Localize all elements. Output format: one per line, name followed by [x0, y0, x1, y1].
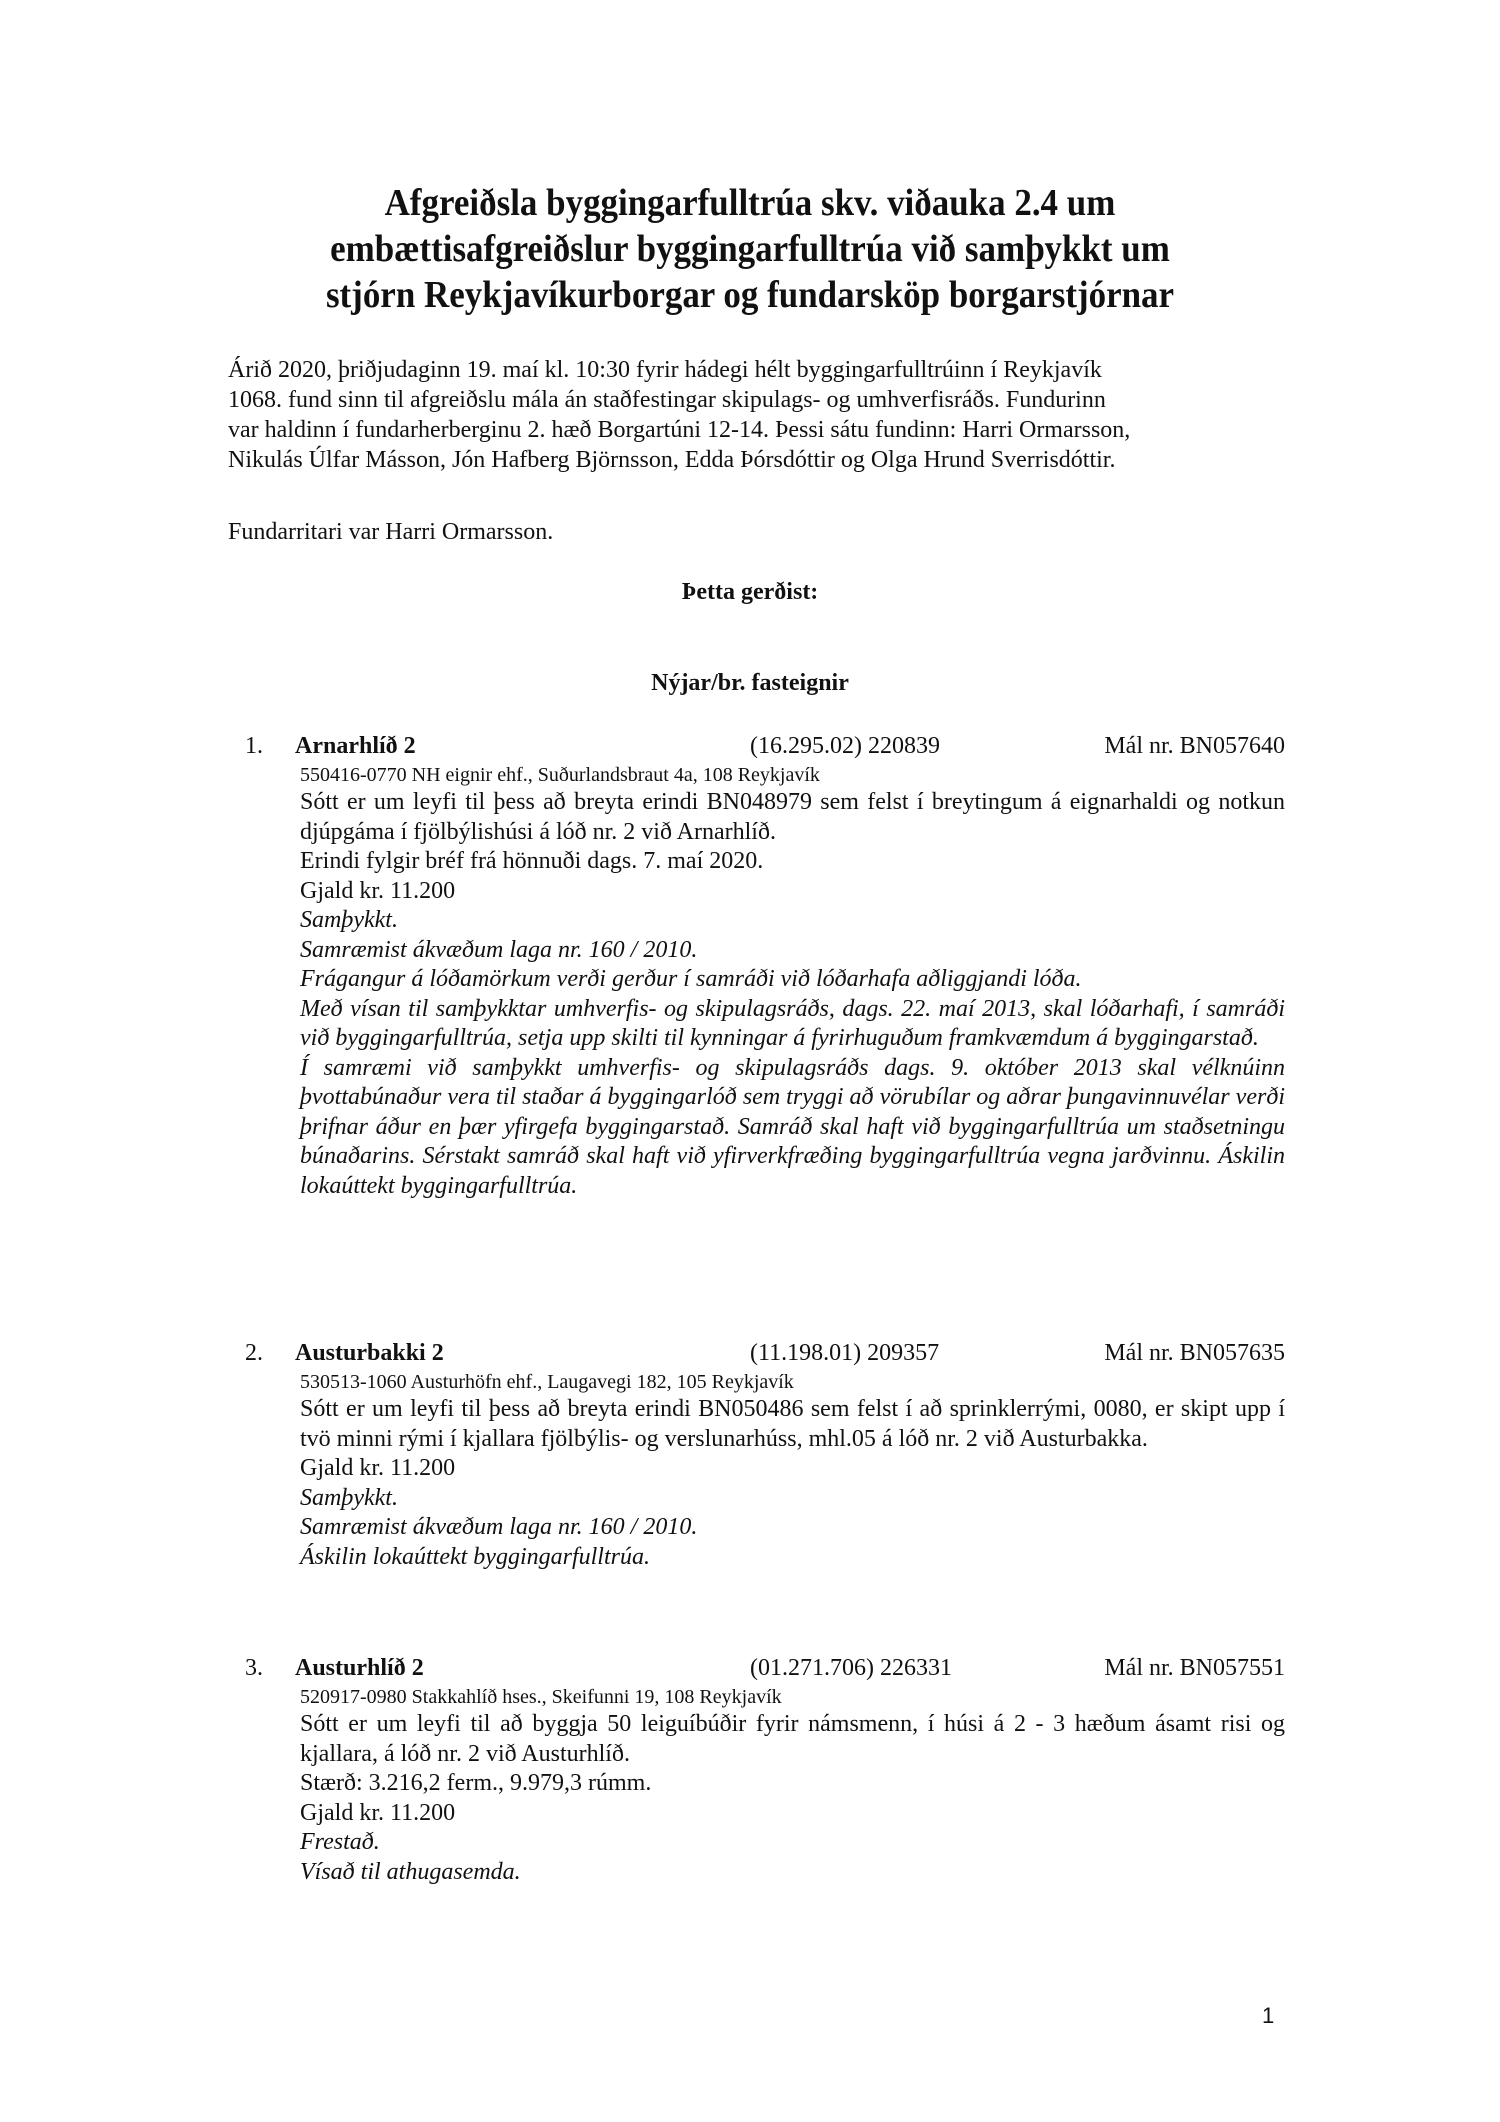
intro-line: Árið 2020, þriðjudaginn 19. maí kl. 10:3… [228, 355, 1278, 385]
page-number: 1 [1262, 2003, 1274, 2029]
case-condition: Áskilin lokaúttekt byggingarfulltrúa. [300, 1543, 1285, 1573]
case-description: Sótt er um leyfi til að byggja 50 leiguí… [300, 1710, 1285, 1769]
meeting-secretary: Fundarritari var Harri Ormarsson. [228, 517, 553, 547]
case-fee: Gjald kr. 11.200 [300, 877, 1285, 907]
case-reference: (01.271.706) 226331 [750, 1652, 952, 1684]
case-decision: Samþykkt. [300, 1484, 1285, 1514]
case-id: Mál nr. BN057551 [1104, 1652, 1285, 1684]
case-applicant: 530513-1060 Austurhöfn ehf., Laugavegi 1… [300, 1369, 1285, 1395]
section-heading: Þetta gerðist: [200, 577, 1300, 607]
case-decision: Samþykkt. [300, 906, 1285, 936]
intro-line: 1068. fund sinn til afgreiðslu mála án s… [228, 385, 1278, 415]
case-condition: Samræmist ákvæðum laga nr. 160 / 2010. [300, 1513, 1285, 1543]
case-header: 2. Austurbakki 2 (11.198.01) 209357 Mál … [230, 1337, 1285, 1369]
case-condition: Í samræmi við samþykkt umhverfis- og ski… [300, 1054, 1285, 1202]
case-fee: Gjald kr. 11.200 [300, 1454, 1285, 1484]
document-title: Afgreiðsla byggingarfulltrúa skv. viðauk… [244, 180, 1256, 318]
category-heading: Nýjar/br. fasteignir [200, 668, 1300, 698]
case-address: Austurhlíð 2 [295, 1652, 424, 1684]
document-page: Afgreiðsla byggingarfulltrúa skv. viðauk… [0, 0, 1500, 2122]
intro-line: var haldinn í fundarherberginu 2. hæð Bo… [228, 415, 1278, 445]
case-id: Mál nr. BN057640 [1104, 730, 1285, 762]
case-description: Sótt er um leyfi til þess að breyta erin… [300, 1395, 1285, 1454]
case-id: Mál nr. BN057635 [1104, 1337, 1285, 1369]
case-address: Austurbakki 2 [295, 1337, 444, 1369]
case-condition: Frágangur á lóðamörkum verði gerður í sa… [300, 965, 1285, 995]
case-number-index: 1. [245, 730, 263, 762]
case-size: Stærð: 3.216,2 ferm., 9.979,3 rúmm. [300, 1769, 1285, 1799]
case-reference: (16.295.02) 220839 [750, 730, 940, 762]
case-number-index: 3. [245, 1652, 263, 1684]
case-condition: Samræmist ákvæðum laga nr. 160 / 2010. [300, 936, 1285, 966]
case-condition: Með vísan til samþykktar umhverfis- og s… [300, 995, 1285, 1054]
title-line: stjórn Reykjavíkurborgar og fundarsköp b… [244, 272, 1256, 318]
case-decision: Frestað. [300, 1828, 1285, 1858]
case-description: Sótt er um leyfi til þess að breyta erin… [300, 788, 1285, 847]
title-line: Afgreiðsla byggingarfulltrúa skv. viðauk… [244, 180, 1256, 226]
meeting-intro: Árið 2020, þriðjudaginn 19. maí kl. 10:3… [228, 355, 1278, 475]
case-item: 1. Arnarhlíð 2 (16.295.02) 220839 Mál nr… [230, 730, 1285, 1201]
case-number-index: 2. [245, 1337, 263, 1369]
case-header: 1. Arnarhlíð 2 (16.295.02) 220839 Mál nr… [230, 730, 1285, 762]
case-address: Arnarhlíð 2 [295, 730, 416, 762]
case-applicant: 520917-0980 Stakkahlíð hses., Skeifunni … [300, 1684, 1285, 1710]
case-item: 3. Austurhlíð 2 (01.271.706) 226331 Mál … [230, 1652, 1285, 1887]
case-note: Erindi fylgir bréf frá hönnuði dags. 7. … [300, 847, 1285, 877]
case-reference: (11.198.01) 209357 [750, 1337, 939, 1369]
title-line: embættisafgreiðslur byggingarfulltrúa vi… [244, 226, 1256, 272]
case-item: 2. Austurbakki 2 (11.198.01) 209357 Mál … [230, 1337, 1285, 1572]
case-applicant: 550416-0770 NH eignir ehf., Suðurlandsbr… [300, 762, 1285, 788]
intro-line: Nikulás Úlfar Másson, Jón Hafberg Björns… [228, 445, 1278, 475]
case-fee: Gjald kr. 11.200 [300, 1799, 1285, 1829]
case-condition: Vísað til athugasemda. [300, 1858, 1285, 1888]
case-header: 3. Austurhlíð 2 (01.271.706) 226331 Mál … [230, 1652, 1285, 1684]
